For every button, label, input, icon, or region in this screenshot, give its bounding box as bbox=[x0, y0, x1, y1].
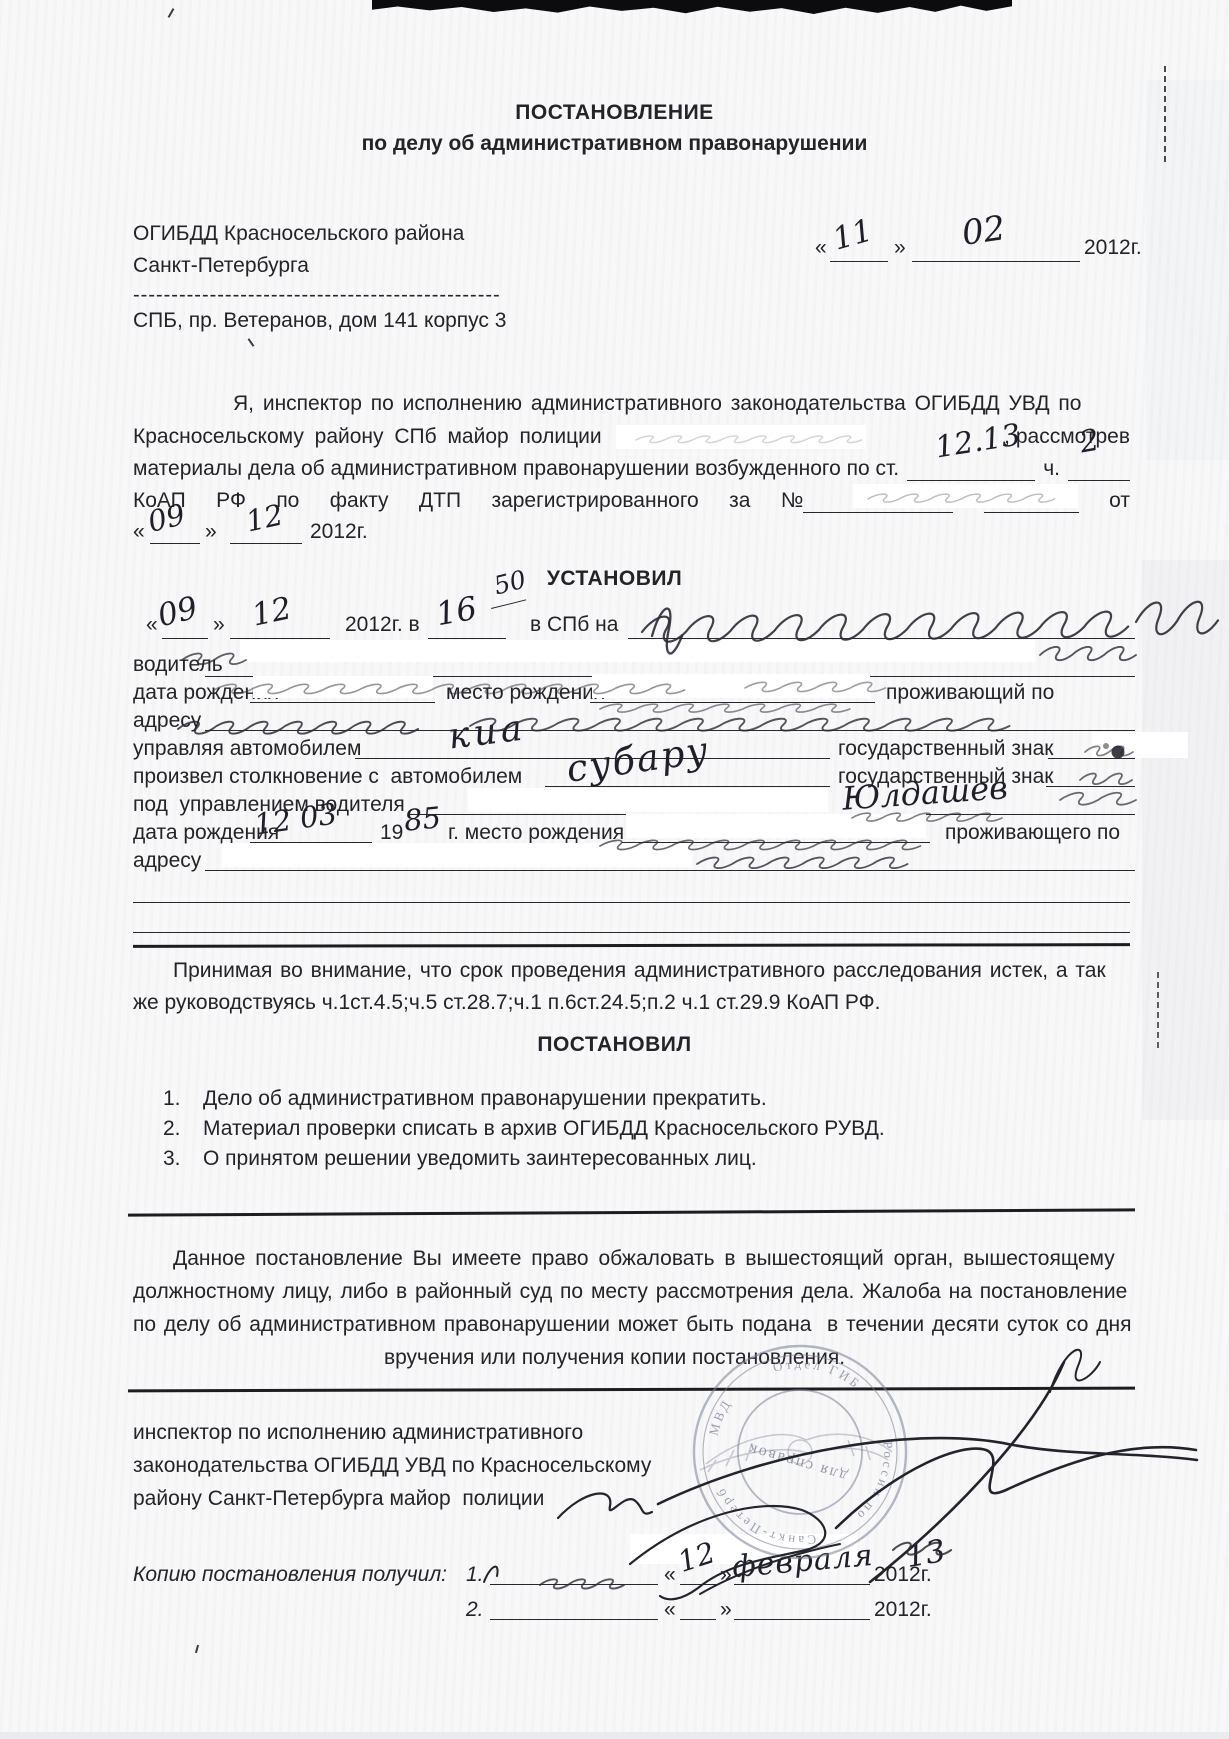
intro-line1: Я, инспектор по исполнению административ… bbox=[133, 391, 1130, 416]
part-number-line: 2 bbox=[1068, 456, 1130, 481]
case-date-year: 2012г. bbox=[310, 519, 368, 544]
scan-speck bbox=[168, 8, 175, 18]
address2-label: адресу bbox=[133, 848, 201, 873]
stamp-ring-fragment: МВД bbox=[706, 1395, 735, 1437]
issuer-address: СПБ, пр. Ветеранов, дом 141 корпус 3 bbox=[133, 308, 506, 333]
scan-edge-bottom bbox=[0, 1732, 1229, 1739]
incident-date-close-quote: » bbox=[213, 612, 225, 637]
signature-stroke bbox=[870, 1362, 1064, 1582]
document-subtitle: по делу об административном правонарушен… bbox=[0, 131, 1229, 156]
appeal-line4: вручения или получения копии постановлен… bbox=[0, 1345, 1229, 1370]
collision-label: произвел столкновение с автомобилем bbox=[133, 764, 522, 789]
stamp-middle-ring bbox=[703, 1355, 897, 1549]
officer-title-line3: району Санкт-Петербурга майор полиции bbox=[133, 1486, 544, 1511]
scan-noise-right-margin bbox=[1146, 80, 1229, 460]
stamp-emblem-center bbox=[788, 1440, 812, 1464]
redaction-box-birth-date bbox=[253, 676, 433, 698]
signature-stroke bbox=[658, 1438, 1197, 1504]
resolution-item-text: Дело об административном правонарушении … bbox=[203, 1086, 767, 1111]
blank-line-2 bbox=[133, 908, 1130, 933]
redaction-box-plate1 bbox=[1092, 732, 1188, 758]
receipt-row2-day-line bbox=[680, 1595, 716, 1620]
redaction-box-birth-place2 bbox=[626, 814, 926, 838]
receipt-label: Копию постановления получил: bbox=[133, 1562, 447, 1587]
appeal-line1: Данное постановление Вы имеете право обж… bbox=[133, 1246, 1130, 1271]
issuer-divider-dashes: ----------------------------------------… bbox=[133, 283, 501, 307]
stamp-wing-emblem bbox=[700, 1434, 892, 1472]
appeal-line2: должностному лицу, либо в районный суд п… bbox=[133, 1279, 1130, 1304]
resolution-item-number: 1. bbox=[163, 1086, 181, 1111]
blank-line-1 bbox=[133, 878, 1130, 903]
scan-artifact-dashed-line bbox=[1157, 972, 1159, 1048]
residing2-label: проживающего по bbox=[945, 820, 1120, 845]
stamp-inner-ring bbox=[738, 1390, 862, 1514]
intro-word: ДТП bbox=[419, 488, 461, 513]
header-date-close-quote: » bbox=[894, 235, 906, 260]
signature-stroke bbox=[836, 1447, 1196, 1528]
intro-line2-tail: , рассмотрев bbox=[1004, 424, 1130, 449]
scan-artifact-dashed-line bbox=[1164, 66, 1166, 162]
intro-word: за bbox=[729, 488, 750, 513]
stamp-ring-text: МВД bbox=[706, 1395, 735, 1437]
birth-year-handwriting: 85 bbox=[402, 800, 442, 838]
intro-word: РФ bbox=[216, 488, 246, 513]
plate2-line bbox=[1046, 764, 1135, 787]
separator-line bbox=[128, 1208, 1135, 1216]
receipt-row2-open-quote: « bbox=[664, 1597, 676, 1622]
birth-place-label: место рождения bbox=[446, 680, 605, 705]
incident-time-hh-handwriting: 16 bbox=[433, 589, 480, 633]
stamp-ring-text: России по bbox=[853, 1441, 897, 1525]
consideration-line1: Принимая во внимание, что срок проведени… bbox=[133, 958, 1130, 983]
redaction-box-driver1-name bbox=[240, 640, 1035, 662]
case-date-close-quote: » bbox=[205, 519, 217, 544]
redaction-box-driver2 bbox=[468, 788, 828, 812]
issuer-name-line1: ОГИБДД Красносельского района bbox=[133, 221, 464, 246]
plate-label: государственный знак bbox=[838, 736, 1053, 761]
established-heading: УСТАНОВИЛ bbox=[0, 566, 1229, 591]
intro-line3-text: материалы дела об административном право… bbox=[133, 456, 899, 481]
driving-car-label: управляя автомобилем bbox=[133, 736, 361, 761]
redaction-box-address2 bbox=[222, 843, 692, 867]
signature-stroke bbox=[558, 1494, 652, 1519]
case-date-open-quote: « bbox=[133, 519, 145, 544]
scan-speck bbox=[195, 1645, 199, 1653]
stamp-center-text: для справок bbox=[745, 1440, 849, 1485]
part-label: ч. bbox=[1043, 456, 1060, 481]
receipt-row1-close-quote: » bbox=[720, 1562, 732, 1587]
scanned-resolution-document: ПОСТАНОВЛЕНИЕ по делу об административно… bbox=[0, 0, 1229, 1739]
stamp-outer-ring bbox=[694, 1346, 906, 1558]
address-line bbox=[205, 708, 1135, 731]
scan-artifact-top-band bbox=[372, 0, 1012, 14]
redaction-box-case-number bbox=[853, 484, 1078, 508]
stamp-ring-fragment: России по bbox=[853, 1441, 897, 1525]
incident-date-open-quote: « bbox=[146, 612, 158, 637]
case-number-sign: № bbox=[781, 488, 804, 513]
separator-line bbox=[128, 1387, 1135, 1392]
consideration-line2: же руководствуясь ч.1ст.4.5;ч.5 ст.28.7;… bbox=[133, 990, 1130, 1015]
receipt-row2-name-line bbox=[490, 1595, 658, 1620]
receipt-row2-close-quote: » bbox=[720, 1597, 732, 1622]
receipt-row2-month-line bbox=[734, 1595, 870, 1620]
residing-label: проживающий по bbox=[886, 680, 1054, 705]
resolved-heading: ПОСТАНОВИЛ bbox=[0, 1032, 1229, 1057]
incident-place-label: в СПб на bbox=[530, 612, 618, 637]
receipt-row1-number: 1. bbox=[466, 1562, 484, 1587]
resolution-item-text: О принятом решении уведомить заинтересов… bbox=[203, 1146, 757, 1171]
resolution-item-number: 3. bbox=[163, 1146, 181, 1171]
intro-line3: материалы дела об административном право… bbox=[133, 453, 1130, 481]
incident-date-year-label: 2012г. в bbox=[345, 612, 420, 637]
redaction-box-officer-name bbox=[616, 425, 866, 449]
intro-line4-tail: от bbox=[1109, 488, 1130, 513]
redaction-box-birth-place bbox=[592, 674, 870, 698]
scan-noise-right-margin bbox=[1142, 560, 1229, 1120]
header-date-year: 2012г. bbox=[1084, 235, 1142, 260]
receipt-row2-year: 2012г. bbox=[874, 1597, 932, 1622]
stamp-ring-text-path bbox=[716, 1368, 884, 1536]
header-date-month-handwriting: 02 bbox=[959, 208, 1007, 254]
scan-speck bbox=[248, 338, 255, 347]
intro-word: зарегистрированного bbox=[491, 488, 698, 513]
intro-word: факту bbox=[330, 488, 389, 513]
officer-title-line2: законодательства ОГИБДД УВД по Красносел… bbox=[133, 1453, 651, 1478]
resolution-item-text: Материал проверки списать в архив ОГИБДД… bbox=[203, 1116, 885, 1141]
separator-line-thick bbox=[133, 943, 1130, 948]
article-number-line: 12.13 bbox=[907, 456, 1035, 481]
receipt-row1-year-overwrite-handwriting: 13 bbox=[903, 1533, 948, 1575]
resolution-item-number: 2. bbox=[163, 1116, 181, 1141]
receipt-row2-number: 2. bbox=[466, 1597, 484, 1622]
round-stamp: МВД Отдел ГИБ России по Санкт-Петерб для… bbox=[694, 1346, 906, 1558]
officer-title-line1: инспектор по исполнению административног… bbox=[133, 1420, 583, 1445]
birth-year-suffix: г. место рождения bbox=[448, 820, 624, 845]
issuer-name-line2: Санкт-Петербурга bbox=[133, 253, 309, 278]
incident-place-line bbox=[628, 610, 1135, 639]
header-date-open-quote: « bbox=[815, 235, 827, 260]
birth-year-printed: 19 bbox=[380, 820, 403, 845]
appeal-line3: по делу об административном правонарушен… bbox=[133, 1312, 1130, 1337]
document-title: ПОСТАНОВЛЕНИЕ bbox=[0, 100, 1229, 125]
receipt-row1-open-quote: « bbox=[664, 1562, 676, 1587]
intro-line2-text: Красносельскому району СПб майор полиции bbox=[133, 424, 602, 449]
address-label: адресу bbox=[133, 708, 201, 733]
